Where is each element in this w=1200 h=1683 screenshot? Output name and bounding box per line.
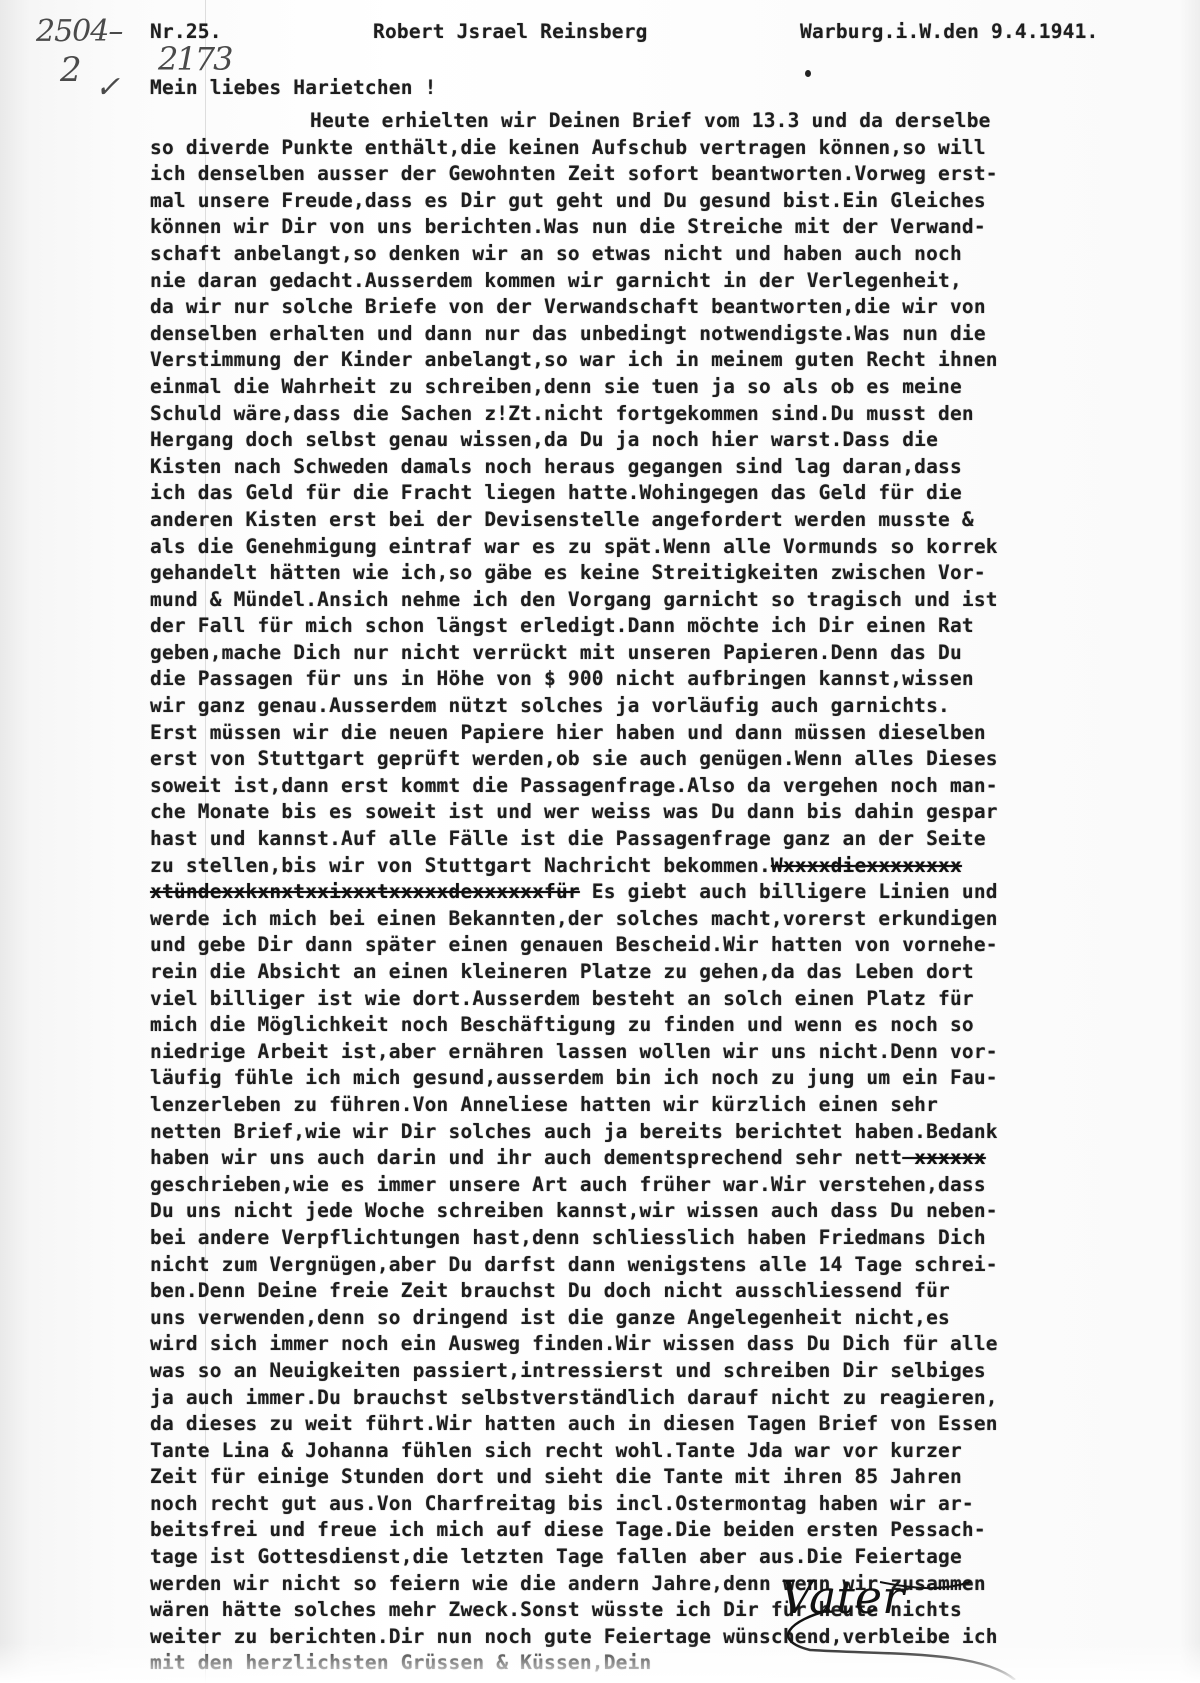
letter-line: mal unsere Freude,dass es Dir gut geht u… (150, 188, 1200, 215)
line-text: einmal die Wahrheit zu schreiben,denn si… (150, 375, 962, 398)
sender-name: Robert Jsrael Reinsberg (373, 20, 648, 43)
salutation: Mein liebes Harietchen ! (150, 76, 437, 99)
letter-line: wird sich immer noch ein Ausweg finden.W… (150, 1331, 1200, 1358)
letter-body: Heute erhielten wir Deinen Brief vom 13.… (150, 108, 1200, 1677)
line-text: was so an Neuigkeiten passiert,intressie… (150, 1359, 986, 1382)
line-text: Erst müssen wir die neuen Papiere hier h… (150, 721, 986, 744)
line-text: Tante Lina & Johanna fühlen sich recht w… (150, 1439, 962, 1462)
line-text: che Monate bis es soweit ist und wer wei… (150, 800, 998, 823)
letter-line: niedrige Arbeit ist,aber ernähren lassen… (150, 1039, 1200, 1066)
letter-line: die Passagen für uns in Höhe von $ 900 n… (150, 666, 1200, 693)
letter-line: Verstimmung der Kinder anbelangt,so war … (150, 347, 1200, 374)
handwritten-checkmark-icon: ✓ (95, 70, 120, 105)
line-text: läufig fühle ich mich gesund,ausserdem b… (150, 1066, 998, 1089)
line-text: erst von Stuttgart geprüft werden,ob sie… (150, 747, 998, 770)
struck-out-text: Wxxxxdiexxxxxxxx (771, 854, 962, 877)
line-text: ja auch immer.Du brauchst selbstverständ… (150, 1386, 998, 1409)
letter-number: Nr.25. (150, 20, 222, 43)
letter-line: ben.Denn Deine freie Zeit brauchst Du do… (150, 1278, 1200, 1305)
letter-line: da dieses zu weit führt.Wir hatten auch … (150, 1411, 1200, 1438)
letter-line: ich denselben ausser der Gewohnten Zeit … (150, 161, 1200, 188)
line-text: niedrige Arbeit ist,aber ernähren lassen… (150, 1040, 998, 1063)
letter-line: Zeit für einige Stunden dort und sieht d… (150, 1464, 1200, 1491)
line-text: wird sich immer noch ein Ausweg finden.W… (150, 1332, 998, 1355)
line-text: geschrieben,wie es immer unsere Art auch… (150, 1173, 986, 1196)
letter-line: können wir Dir von uns berichten.Was nun… (150, 214, 1200, 241)
letter-line: nicht zum Vergnügen,aber Du darfst dann … (150, 1252, 1200, 1279)
letter-line: geschrieben,wie es immer unsere Art auch… (150, 1172, 1200, 1199)
line-text: viel billiger ist wie dort.Ausserdem bes… (150, 987, 974, 1010)
line-text: als die Genehmigung eintraf war es zu sp… (150, 535, 998, 558)
line-text: beitsfrei und freue ich mich auf diese T… (150, 1518, 986, 1541)
letter-line: bei andere Verpflichtungen hast,denn sch… (150, 1225, 1200, 1252)
letter-line: zu stellen,bis wir von Stuttgart Nachric… (150, 853, 1200, 880)
line-text: da dieses zu weit führt.Wir hatten auch … (150, 1412, 998, 1435)
line-text: Schuld wäre,dass die Sachen z!Zt.nicht f… (150, 402, 974, 425)
letter-line: Tante Lina & Johanna fühlen sich recht w… (150, 1438, 1200, 1465)
line-text: die Passagen für uns in Höhe von $ 900 n… (150, 667, 974, 690)
letter-line: beitsfrei und freue ich mich auf diese T… (150, 1517, 1200, 1544)
line-text: schaft anbelangt,so denken wir an so etw… (150, 242, 962, 265)
letter-line: werde ich mich bei einen Bekannten,der s… (150, 906, 1200, 933)
ink-dot (805, 70, 811, 77)
letter-line: einmal die Wahrheit zu schreiben,denn si… (150, 374, 1200, 401)
letter-line: mund & Mündel.Ansich nehme ich den Vorga… (150, 587, 1200, 614)
handwritten-page-number: 2 (60, 50, 82, 90)
line-text: können wir Dir von uns berichten.Was nun… (150, 215, 986, 238)
letter-line: noch recht gut aus.Von Charfreitag bis i… (150, 1491, 1200, 1518)
line-text: gehandelt hätten wie ich,so gäbe es kein… (150, 561, 986, 584)
line-text: werde ich mich bei einen Bekannten,der s… (150, 907, 998, 930)
letter-line: der Fall für mich schon längst erledigt.… (150, 613, 1200, 640)
line-text: Es giebt auch billigere Linien und (580, 880, 998, 903)
line-text: ich das Geld für die Fracht liegen hatte… (150, 481, 962, 504)
letter-line: so diverde Punkte enthält,die keinen Auf… (150, 135, 1200, 162)
line-text: Heute erhielten wir Deinen Brief vom 13.… (310, 109, 991, 132)
letter-line: Schuld wäre,dass die Sachen z!Zt.nicht f… (150, 401, 1200, 428)
line-text: tage ist Gottesdienst,die letzten Tage f… (150, 1545, 962, 1568)
line-text: soweit ist,dann erst kommt die Passagenf… (150, 774, 998, 797)
letter-line: Erst müssen wir die neuen Papiere hier h… (150, 720, 1200, 747)
line-text: mich die Möglichkeit noch Beschäftigung … (150, 1013, 974, 1036)
letter-line: haben wir uns auch darin und ihr auch de… (150, 1145, 1200, 1172)
letter-line: Hergang doch selbst genau wissen,da Du j… (150, 427, 1200, 454)
letter-line: denselben erhalten und dann nur das unbe… (150, 321, 1200, 348)
struck-out-text: xtündexxkxnxtxxixxxtxxxxxdexxxxxxfür (150, 880, 580, 903)
letter-line: anderen Kisten erst bei der Devisenstell… (150, 507, 1200, 534)
line-text: nicht zum Vergnügen,aber Du darfst dann … (150, 1253, 998, 1276)
letter-page: 2504– 2 ✓ 2173 Nr.25. Robert Jsrael Rein… (0, 0, 1200, 1683)
line-text: mal unsere Freude,dass es Dir gut geht u… (150, 189, 986, 212)
line-text: da wir nur solche Briefe von der Verwand… (150, 295, 986, 318)
line-text: anderen Kisten erst bei der Devisenstell… (150, 508, 974, 531)
line-text: geben,mache Dich nur nicht verrückt mit … (150, 641, 962, 664)
line-text: lenzerleben zu führen.Von Anneliese hatt… (150, 1093, 938, 1116)
line-text: ich denselben ausser der Gewohnten Zeit … (150, 162, 998, 185)
line-text: der Fall für mich schon längst erledigt.… (150, 614, 974, 637)
letter-line: soweit ist,dann erst kommt die Passagenf… (150, 773, 1200, 800)
letter-line: ja auch immer.Du brauchst selbstverständ… (150, 1385, 1200, 1412)
letter-line: Heute erhielten wir Deinen Brief vom 13.… (150, 108, 1200, 135)
letter-line: da wir nur solche Briefe von der Verwand… (150, 294, 1200, 321)
line-text: Zeit für einige Stunden dort und sieht d… (150, 1465, 962, 1488)
letter-line: lenzerleben zu führen.Von Anneliese hatt… (150, 1092, 1200, 1119)
letter-header: Nr.25. Robert Jsrael Reinsberg Warburg.i… (0, 20, 1200, 50)
line-text: wir ganz genau.Ausserdem nützt solches j… (150, 694, 950, 717)
letter-line: che Monate bis es soweit ist und wer wei… (150, 799, 1200, 826)
letter-line: rein die Absicht an einen kleineren Plat… (150, 959, 1200, 986)
line-text: noch recht gut aus.Von Charfreitag bis i… (150, 1492, 974, 1515)
line-text: Hergang doch selbst genau wissen,da Du j… (150, 428, 938, 451)
line-text: zu stellen,bis wir von Stuttgart Nachric… (150, 854, 771, 877)
letter-line: mich die Möglichkeit noch Beschäftigung … (150, 1012, 1200, 1039)
line-text: Verstimmung der Kinder anbelangt,so war … (150, 348, 998, 371)
line-text: hast und kannst.Auf alle Fälle ist die P… (150, 827, 986, 850)
letter-line: und gebe Dir dann später einen genauen B… (150, 932, 1200, 959)
letter-line: viel billiger ist wie dort.Ausserdem bes… (150, 986, 1200, 1013)
letter-line: erst von Stuttgart geprüft werden,ob sie… (150, 746, 1200, 773)
page-bottom-edge (0, 1643, 1200, 1683)
letter-line: gehandelt hätten wie ich,so gäbe es kein… (150, 560, 1200, 587)
line-text: Du uns nicht jede Woche schreiben kannst… (150, 1199, 998, 1222)
letter-line: geben,mache Dich nur nicht verrückt mit … (150, 640, 1200, 667)
letter-line: uns verwenden,denn so dringend ist die g… (150, 1305, 1200, 1332)
letter-line: als die Genehmigung eintraf war es zu sp… (150, 534, 1200, 561)
line-text: so diverde Punkte enthält,die keinen Auf… (150, 136, 986, 159)
line-text: nie daran gedacht.Ausserdem kommen wir g… (150, 269, 962, 292)
line-text: haben wir uns auch darin und ihr auch de… (150, 1146, 902, 1169)
letter-line: was so an Neuigkeiten passiert,intressie… (150, 1358, 1200, 1385)
struck-out-text: xxxxxx (902, 1146, 986, 1169)
letter-line: ich das Geld für die Fracht liegen hatte… (150, 480, 1200, 507)
line-text: rein die Absicht an einen kleineren Plat… (150, 960, 974, 983)
letter-line: läufig fühle ich mich gesund,ausserdem b… (150, 1065, 1200, 1092)
letter-line: nie daran gedacht.Ausserdem kommen wir g… (150, 268, 1200, 295)
line-text: bei andere Verpflichtungen hast,denn sch… (150, 1226, 986, 1249)
line-text: Kisten nach Schweden damals noch heraus … (150, 455, 962, 478)
letter-line: Kisten nach Schweden damals noch heraus … (150, 454, 1200, 481)
letter-line: tage ist Gottesdienst,die letzten Tage f… (150, 1544, 1200, 1571)
letter-line: netten Brief,wie wir Dir solches auch ja… (150, 1119, 1200, 1146)
letter-line: Du uns nicht jede Woche schreiben kannst… (150, 1198, 1200, 1225)
line-text: denselben erhalten und dann nur das unbe… (150, 322, 986, 345)
line-text: ben.Denn Deine freie Zeit brauchst Du do… (150, 1279, 950, 1302)
letter-line: hast und kannst.Auf alle Fälle ist die P… (150, 826, 1200, 853)
line-text: netten Brief,wie wir Dir solches auch ja… (150, 1120, 998, 1143)
letter-line: wir ganz genau.Ausserdem nützt solches j… (150, 693, 1200, 720)
letter-line: xtündexxkxnxtxxixxxtxxxxxdexxxxxxfür Es … (150, 879, 1200, 906)
letter-line: schaft anbelangt,so denken wir an so etw… (150, 241, 1200, 268)
line-text: uns verwenden,denn so dringend ist die g… (150, 1306, 950, 1329)
place-and-date: Warburg.i.W.den 9.4.1941. (800, 20, 1099, 43)
line-text: und gebe Dir dann später einen genauen B… (150, 933, 998, 956)
line-text: mund & Mündel.Ansich nehme ich den Vorga… (150, 588, 998, 611)
